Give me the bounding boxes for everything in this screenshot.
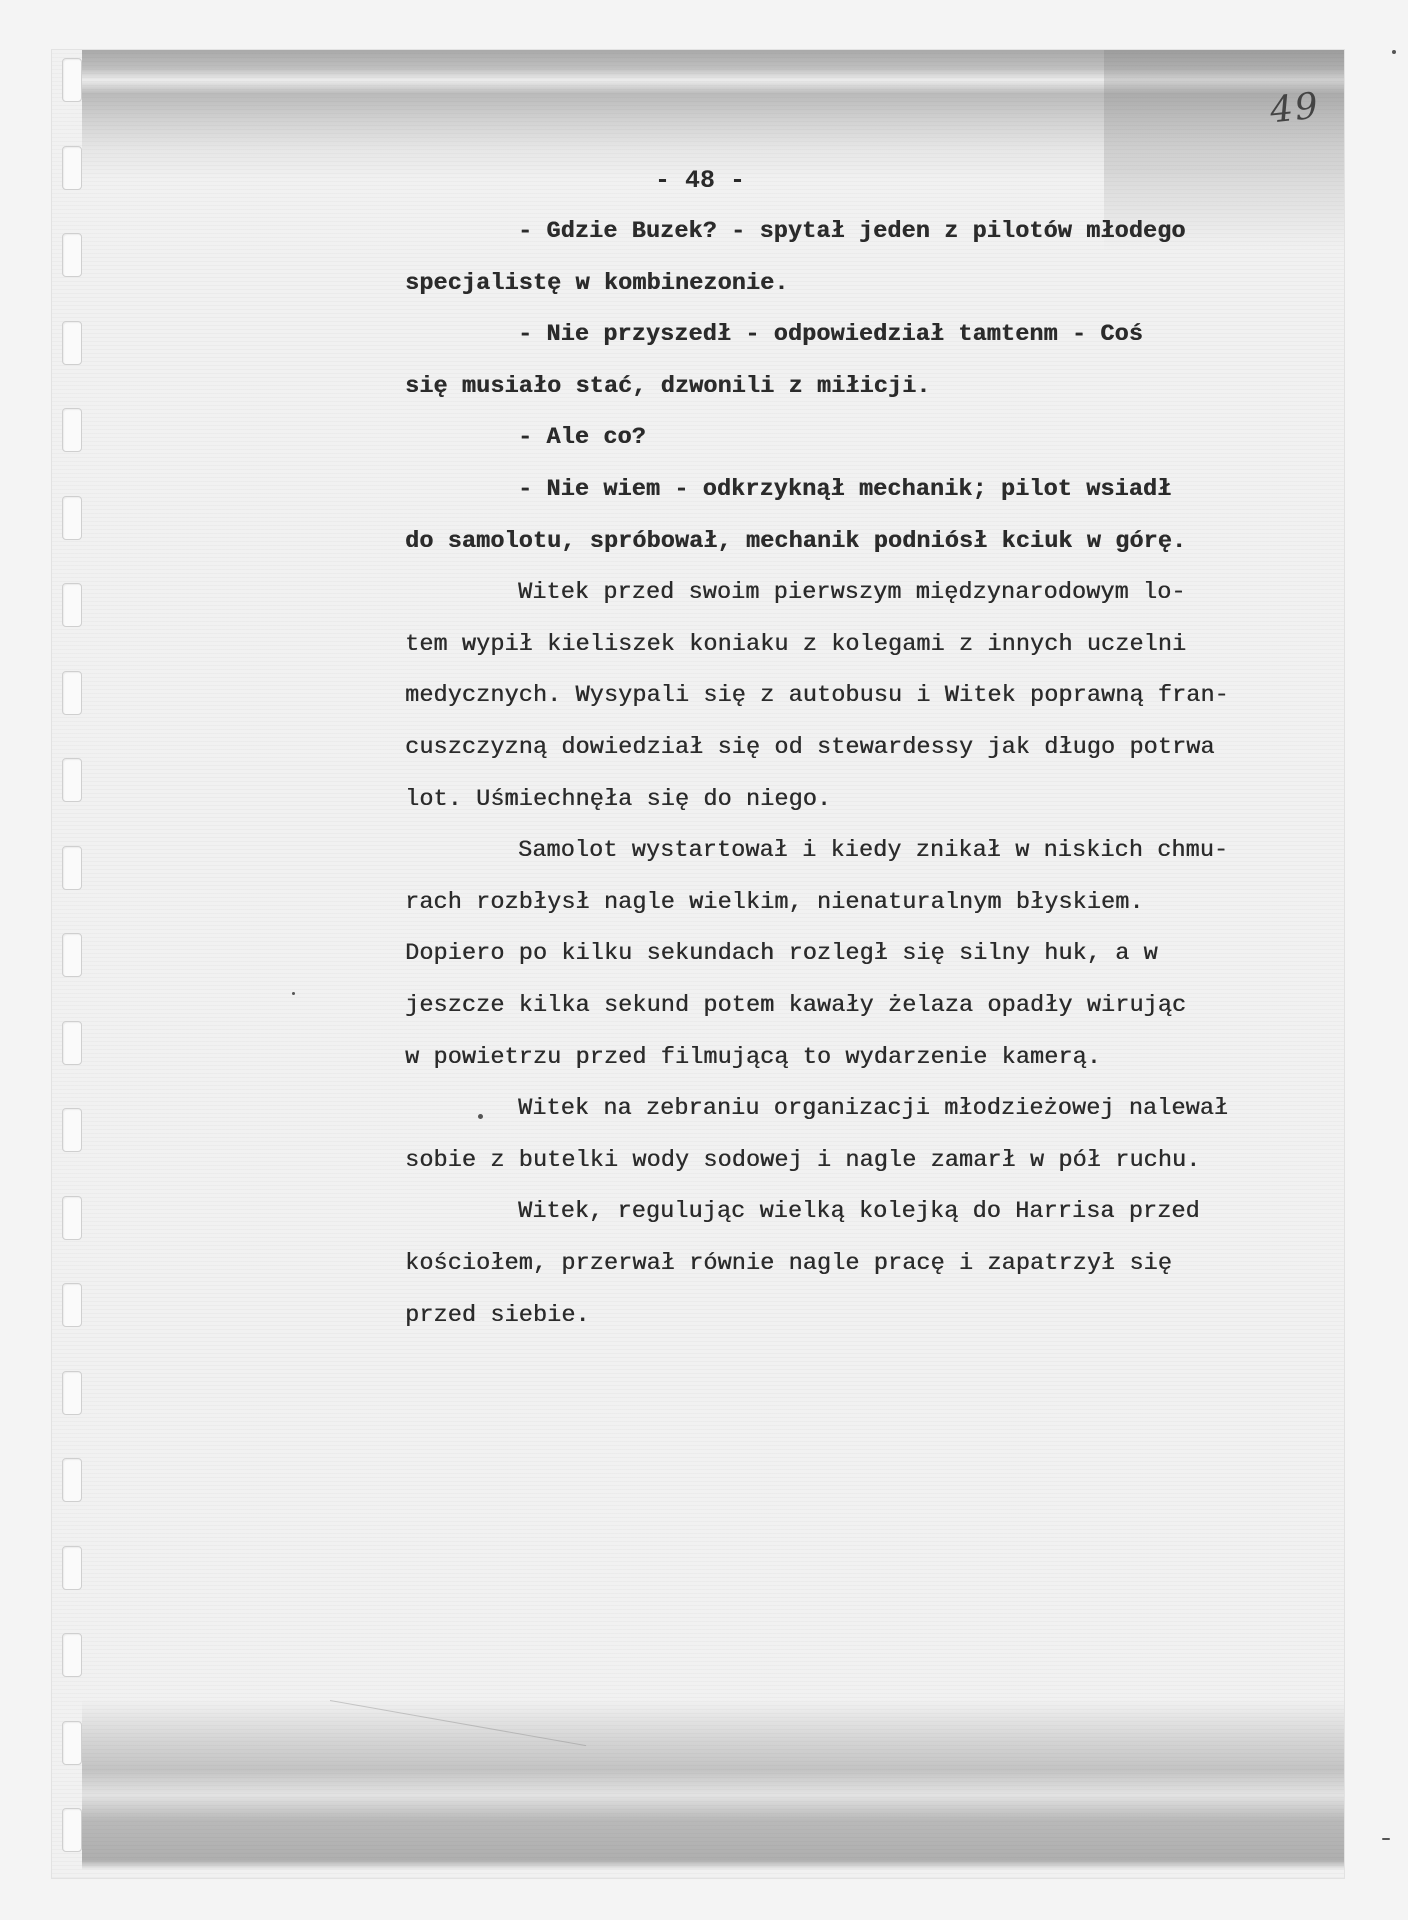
text-line: lot. Uśmiechnęła się do niego. [405, 785, 831, 815]
punch-hole [62, 1021, 82, 1065]
text-line: - Nie wiem - odkrzyknął mechanik; pilot … [518, 475, 1171, 505]
punch-hole [62, 408, 82, 452]
page-number-text: - 48 - [655, 166, 745, 195]
text-line: rach rozbłysł nagle wielkim, nienaturaln… [405, 888, 1144, 918]
punch-hole [62, 1633, 82, 1677]
page-number: - 48 - [0, 166, 1408, 195]
punch-hole [62, 1721, 82, 1765]
speck [292, 992, 295, 995]
photocopy-smudge-bottom [82, 1700, 1344, 1870]
punch-hole [62, 583, 82, 627]
speck [478, 1114, 483, 1119]
punch-hole [62, 1458, 82, 1502]
text-line: przed siebie. [405, 1301, 590, 1331]
text-line: jeszcze kilka sekund potem kawały żelaza… [405, 991, 1186, 1021]
speck [1382, 1838, 1390, 1840]
text-line: tem wypił kieliszek koniaku z kolegami z… [405, 630, 1186, 660]
punch-hole [62, 1108, 82, 1152]
punch-hole [62, 58, 82, 102]
text-line: - Gdzie Buzek? - spytał jeden z pilotów … [518, 217, 1186, 247]
text-line: kościołem, przerwał równie nagle pracę i… [405, 1249, 1172, 1279]
text-line: w powietrzu przed filmującą to wydarzeni… [405, 1043, 1101, 1073]
punch-hole [62, 1283, 82, 1327]
text-line: Samolot wystartował i kiedy znikał w nis… [518, 836, 1228, 866]
text-line: cuszczyzną dowiedział się od stewardessy… [405, 733, 1215, 763]
punch-hole [62, 1546, 82, 1590]
speck [1392, 50, 1396, 54]
text-line: Witek, regulując wielką kolejką do Harri… [518, 1197, 1200, 1227]
text-line: do samolotu, spróbował, mechanik podniós… [405, 527, 1186, 557]
handwritten-folio-number: 49 [1268, 86, 1322, 132]
text-line: - Ale co? [518, 423, 646, 453]
text-line: Dopiero po kilku sekundach rozległ się s… [405, 939, 1158, 969]
text-line: Witek przed swoim pierwszym międzynarodo… [518, 578, 1186, 608]
text-line: medycznych. Wysypali się z autobusu i Wi… [405, 681, 1229, 711]
text-line: Witek na zebraniu organizacji młodzieżow… [518, 1094, 1228, 1124]
punch-hole [62, 1196, 82, 1240]
punch-hole [62, 1371, 82, 1415]
punch-hole [62, 846, 82, 890]
punch-hole [62, 1808, 82, 1852]
punch-hole [62, 496, 82, 540]
punch-hole [62, 671, 82, 715]
punch-hole [62, 933, 82, 977]
punch-hole [62, 758, 82, 802]
punch-hole [62, 321, 82, 365]
text-line: się musiało stać, dzwonili z miłicji. [405, 372, 931, 402]
text-line: specjalistę w kombinezonie. [405, 269, 788, 299]
text-line: - Nie przyszedł - odpowiedział tamtenm -… [518, 320, 1143, 350]
punch-hole [62, 233, 82, 277]
text-line: sobie z butelki wody sodowej i nagle zam… [405, 1146, 1200, 1176]
